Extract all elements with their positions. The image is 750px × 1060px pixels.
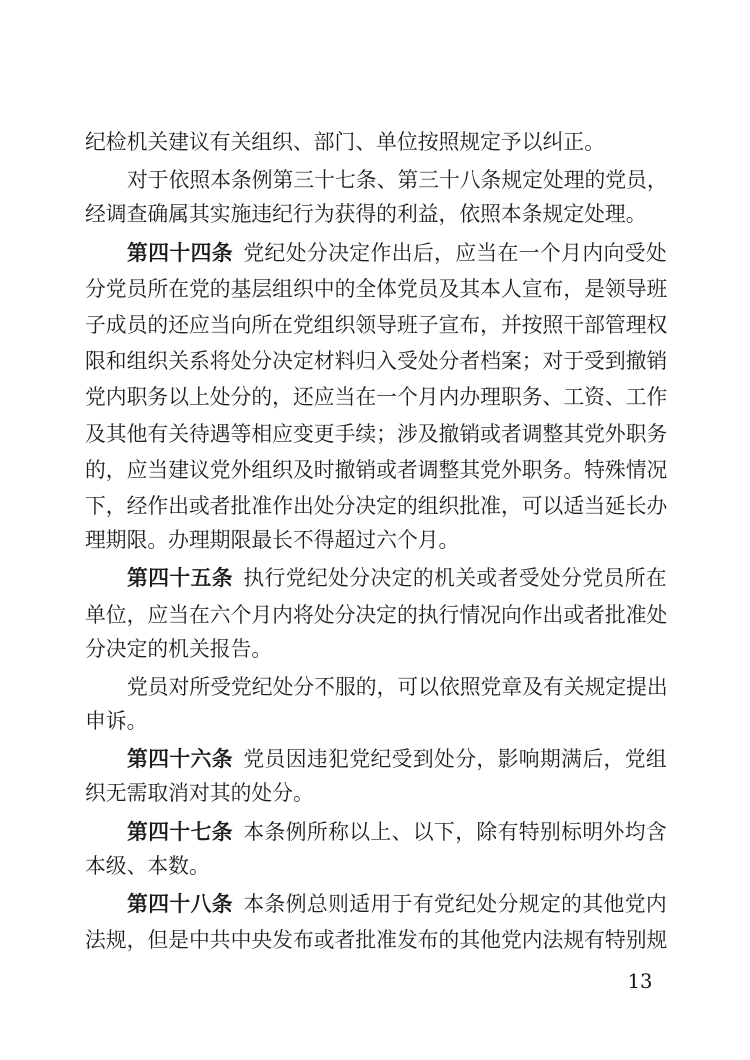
document-page: 纪检机关建议有关组织、部门、单位按照规定予以纠正。对于依照本条例第三十七条、第三… [0, 0, 750, 1060]
text-line: 本级、本数。 [85, 848, 667, 884]
text-line: 分党员所在党的基层组织中的全体党员及其本人宣布，是领导班 [85, 269, 667, 305]
text-line: 第四十七条 本条例所称以上、以下，除有特别标明外均含 [85, 812, 667, 848]
text-line: 织无需取消对其的处分。 [85, 775, 667, 811]
page-number: 13 [618, 969, 662, 995]
text-line: 第四十五条 执行党纪处分决定的机关或者受处分党员所在 [85, 558, 667, 594]
text-line: 理期限。办理期限最长不得超过六个月。 [85, 522, 667, 558]
text-line: 第四十八条 本条例总则适用于有党纪处分规定的其他党内 [85, 884, 667, 920]
text-line: 党员对所受党纪处分不服的，可以依照党章及有关规定提出 [85, 667, 667, 703]
text-line: 单位，应当在六个月内将处分决定的执行情况向作出或者批准处 [85, 594, 667, 630]
text-line: 对于依照本条例第三十七条、第三十八条规定处理的党员， [85, 160, 667, 196]
text-line: 经调查确属其实施违纪行为获得的利益，依照本条规定处理。 [85, 196, 667, 232]
text-line: 及其他有关待遇等相应变更手续；涉及撤销或者调整其党外职务 [85, 414, 667, 450]
text-line: 下，经作出或者批准作出处分决定的组织批准，可以适当延长办 [85, 486, 667, 522]
text-line: 党内职务以上处分的，还应当在一个月内办理职务、工资、工作 [85, 377, 667, 413]
text-line: 分决定的机关报告。 [85, 631, 667, 667]
text-line: 子成员的还应当向所在党组织领导班子宣布，并按照干部管理权 [85, 305, 667, 341]
text-line: 纪检机关建议有关组织、部门、单位按照规定予以纠正。 [85, 124, 667, 160]
text-line: 第四十四条 党纪处分决定作出后，应当在一个月内向受处 [85, 233, 667, 269]
text-line: 法规，但是中共中央发布或者批准发布的其他党内法规有特别规 [85, 920, 667, 956]
text-line: 的，应当建议党外组织及时撤销或者调整其党外职务。特殊情况 [85, 450, 667, 486]
page-text: 纪检机关建议有关组织、部门、单位按照规定予以纠正。对于依照本条例第三十七条、第三… [85, 124, 667, 956]
text-line: 申诉。 [85, 703, 667, 739]
text-line: 第四十六条 党员因违犯党纪受到处分，影响期满后，党组 [85, 739, 667, 775]
text-line: 限和组织关系将处分决定材料归入受处分者档案；对于受到撤销 [85, 341, 667, 377]
